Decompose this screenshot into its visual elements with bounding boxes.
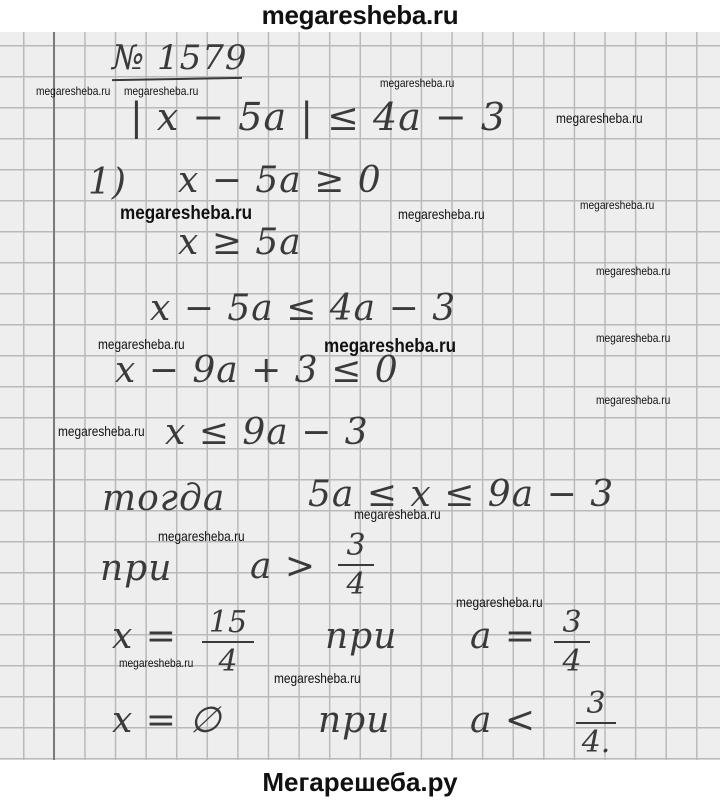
result-2-lhs: x = bbox=[112, 616, 177, 657]
watermark: megaresheba.ru bbox=[58, 423, 145, 439]
fraction-denominator: 4 bbox=[346, 567, 365, 602]
watermark: megaresheba.ru bbox=[158, 528, 245, 544]
condition-3-fraction: 3 4. bbox=[576, 686, 616, 760]
fraction-bar bbox=[202, 641, 254, 643]
footer-watermark-banner: Мегарешеба.ру bbox=[0, 760, 720, 804]
condition-1-lhs: a > bbox=[250, 546, 316, 587]
when-word-1: при bbox=[100, 548, 172, 589]
watermark: megaresheba.ru bbox=[354, 506, 441, 522]
step-1: x − 5a ≤ 4a − 3 bbox=[150, 288, 456, 329]
case-simplified: x ≥ 5a bbox=[178, 222, 302, 263]
watermark: megaresheba.ru bbox=[380, 76, 454, 90]
condition-3-lhs: a < bbox=[470, 700, 536, 741]
watermark: megaresheba.ru bbox=[596, 393, 670, 407]
condition-2-fraction: 3 4 bbox=[554, 605, 590, 679]
fraction-numerator: 3 bbox=[586, 686, 605, 721]
case-condition: x − 5a ≥ 0 bbox=[178, 160, 382, 201]
watermark: megaresheba.ru bbox=[119, 656, 193, 670]
main-inequality: | x − 5a | ≤ 4a − 3 bbox=[130, 95, 506, 139]
watermark: megaresheba.ru bbox=[456, 594, 543, 610]
watermark: megaresheba.ru bbox=[124, 84, 198, 98]
condition-1-fraction: 3 4 bbox=[338, 528, 374, 602]
fraction-denominator: 4 bbox=[218, 644, 237, 679]
fraction-numerator: 3 bbox=[346, 528, 365, 563]
when-word-2: при bbox=[325, 616, 397, 657]
watermark: megaresheba.ru bbox=[98, 336, 185, 352]
watermark: megaresheba.ru bbox=[274, 670, 361, 686]
watermark: megaresheba.ru bbox=[596, 264, 670, 278]
when-word-3: при bbox=[318, 700, 390, 741]
notebook-margin-line bbox=[53, 32, 55, 760]
fraction-denominator: 4. bbox=[582, 725, 611, 760]
fraction-numerator: 3 bbox=[562, 605, 581, 640]
watermark: megaresheba.ru bbox=[120, 203, 252, 225]
result-3-lhs: x = ∅ bbox=[112, 700, 222, 741]
watermark: megaresheba.ru bbox=[398, 206, 485, 222]
header-watermark-banner: megaresheba.ru bbox=[0, 0, 720, 32]
fraction-numerator: 15 bbox=[209, 605, 247, 640]
watermark: megaresheba.ru bbox=[596, 331, 670, 345]
watermark: megaresheba.ru bbox=[556, 110, 643, 126]
watermark: megaresheba.ru bbox=[324, 336, 456, 358]
watermark: megaresheba.ru bbox=[580, 198, 654, 212]
fraction-bar bbox=[554, 641, 590, 643]
step-3: x ≤ 9a − 3 bbox=[165, 412, 369, 453]
condition-2-lhs: a = bbox=[470, 616, 536, 657]
case-marker: 1) bbox=[88, 162, 127, 203]
fraction-bar bbox=[338, 564, 374, 566]
then-word: тогда bbox=[102, 478, 225, 519]
fraction-denominator: 4 bbox=[562, 644, 581, 679]
problem-number: № 1579 bbox=[112, 38, 248, 78]
fraction-bar bbox=[576, 722, 616, 724]
result-2-fraction: 15 4 bbox=[202, 605, 254, 679]
watermark: megaresheba.ru bbox=[36, 84, 110, 98]
